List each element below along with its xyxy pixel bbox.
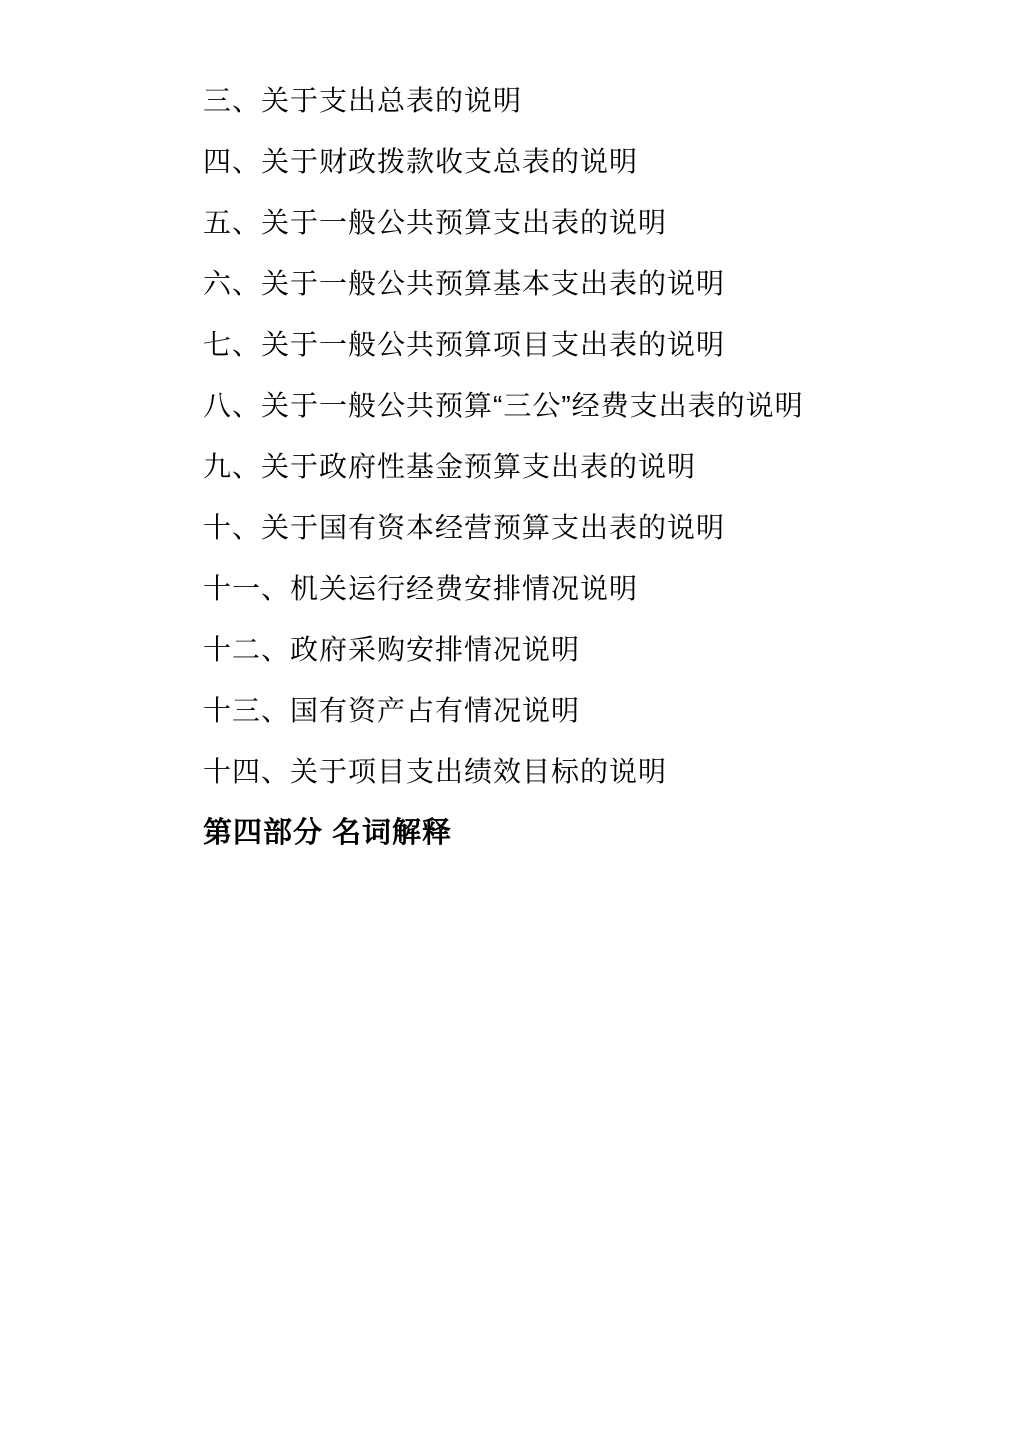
section-heading: 第四部分 名词解释 — [203, 819, 964, 848]
toc-item: 十、关于国有资本经营预算支出表的说明 — [203, 514, 964, 542]
toc-item: 四、关于财政拨款收支总表的说明 — [203, 148, 964, 176]
toc-item: 九、关于政府性基金预算支出表的说明 — [203, 453, 964, 481]
toc-item: 十二、政府采购安排情况说明 — [203, 636, 964, 664]
document-page: 三、关于支出总表的说明 四、关于财政拨款收支总表的说明 五、关于一般公共预算支出… — [0, 0, 1024, 1448]
toc-item: 十三、国有资产占有情况说明 — [203, 697, 964, 725]
toc-item: 十一、机关运行经费安排情况说明 — [203, 575, 964, 603]
toc-item: 七、关于一般公共预算项目支出表的说明 — [203, 331, 964, 359]
toc-item: 八、关于一般公共预算“三公”经费支出表的说明 — [203, 392, 964, 420]
toc-item: 六、关于一般公共预算基本支出表的说明 — [203, 270, 964, 298]
table-of-contents: 三、关于支出总表的说明 四、关于财政拨款收支总表的说明 五、关于一般公共预算支出… — [203, 87, 964, 848]
toc-item: 三、关于支出总表的说明 — [203, 87, 964, 115]
toc-item: 十四、关于项目支出绩效目标的说明 — [203, 758, 964, 786]
toc-item: 五、关于一般公共预算支出表的说明 — [203, 209, 964, 237]
